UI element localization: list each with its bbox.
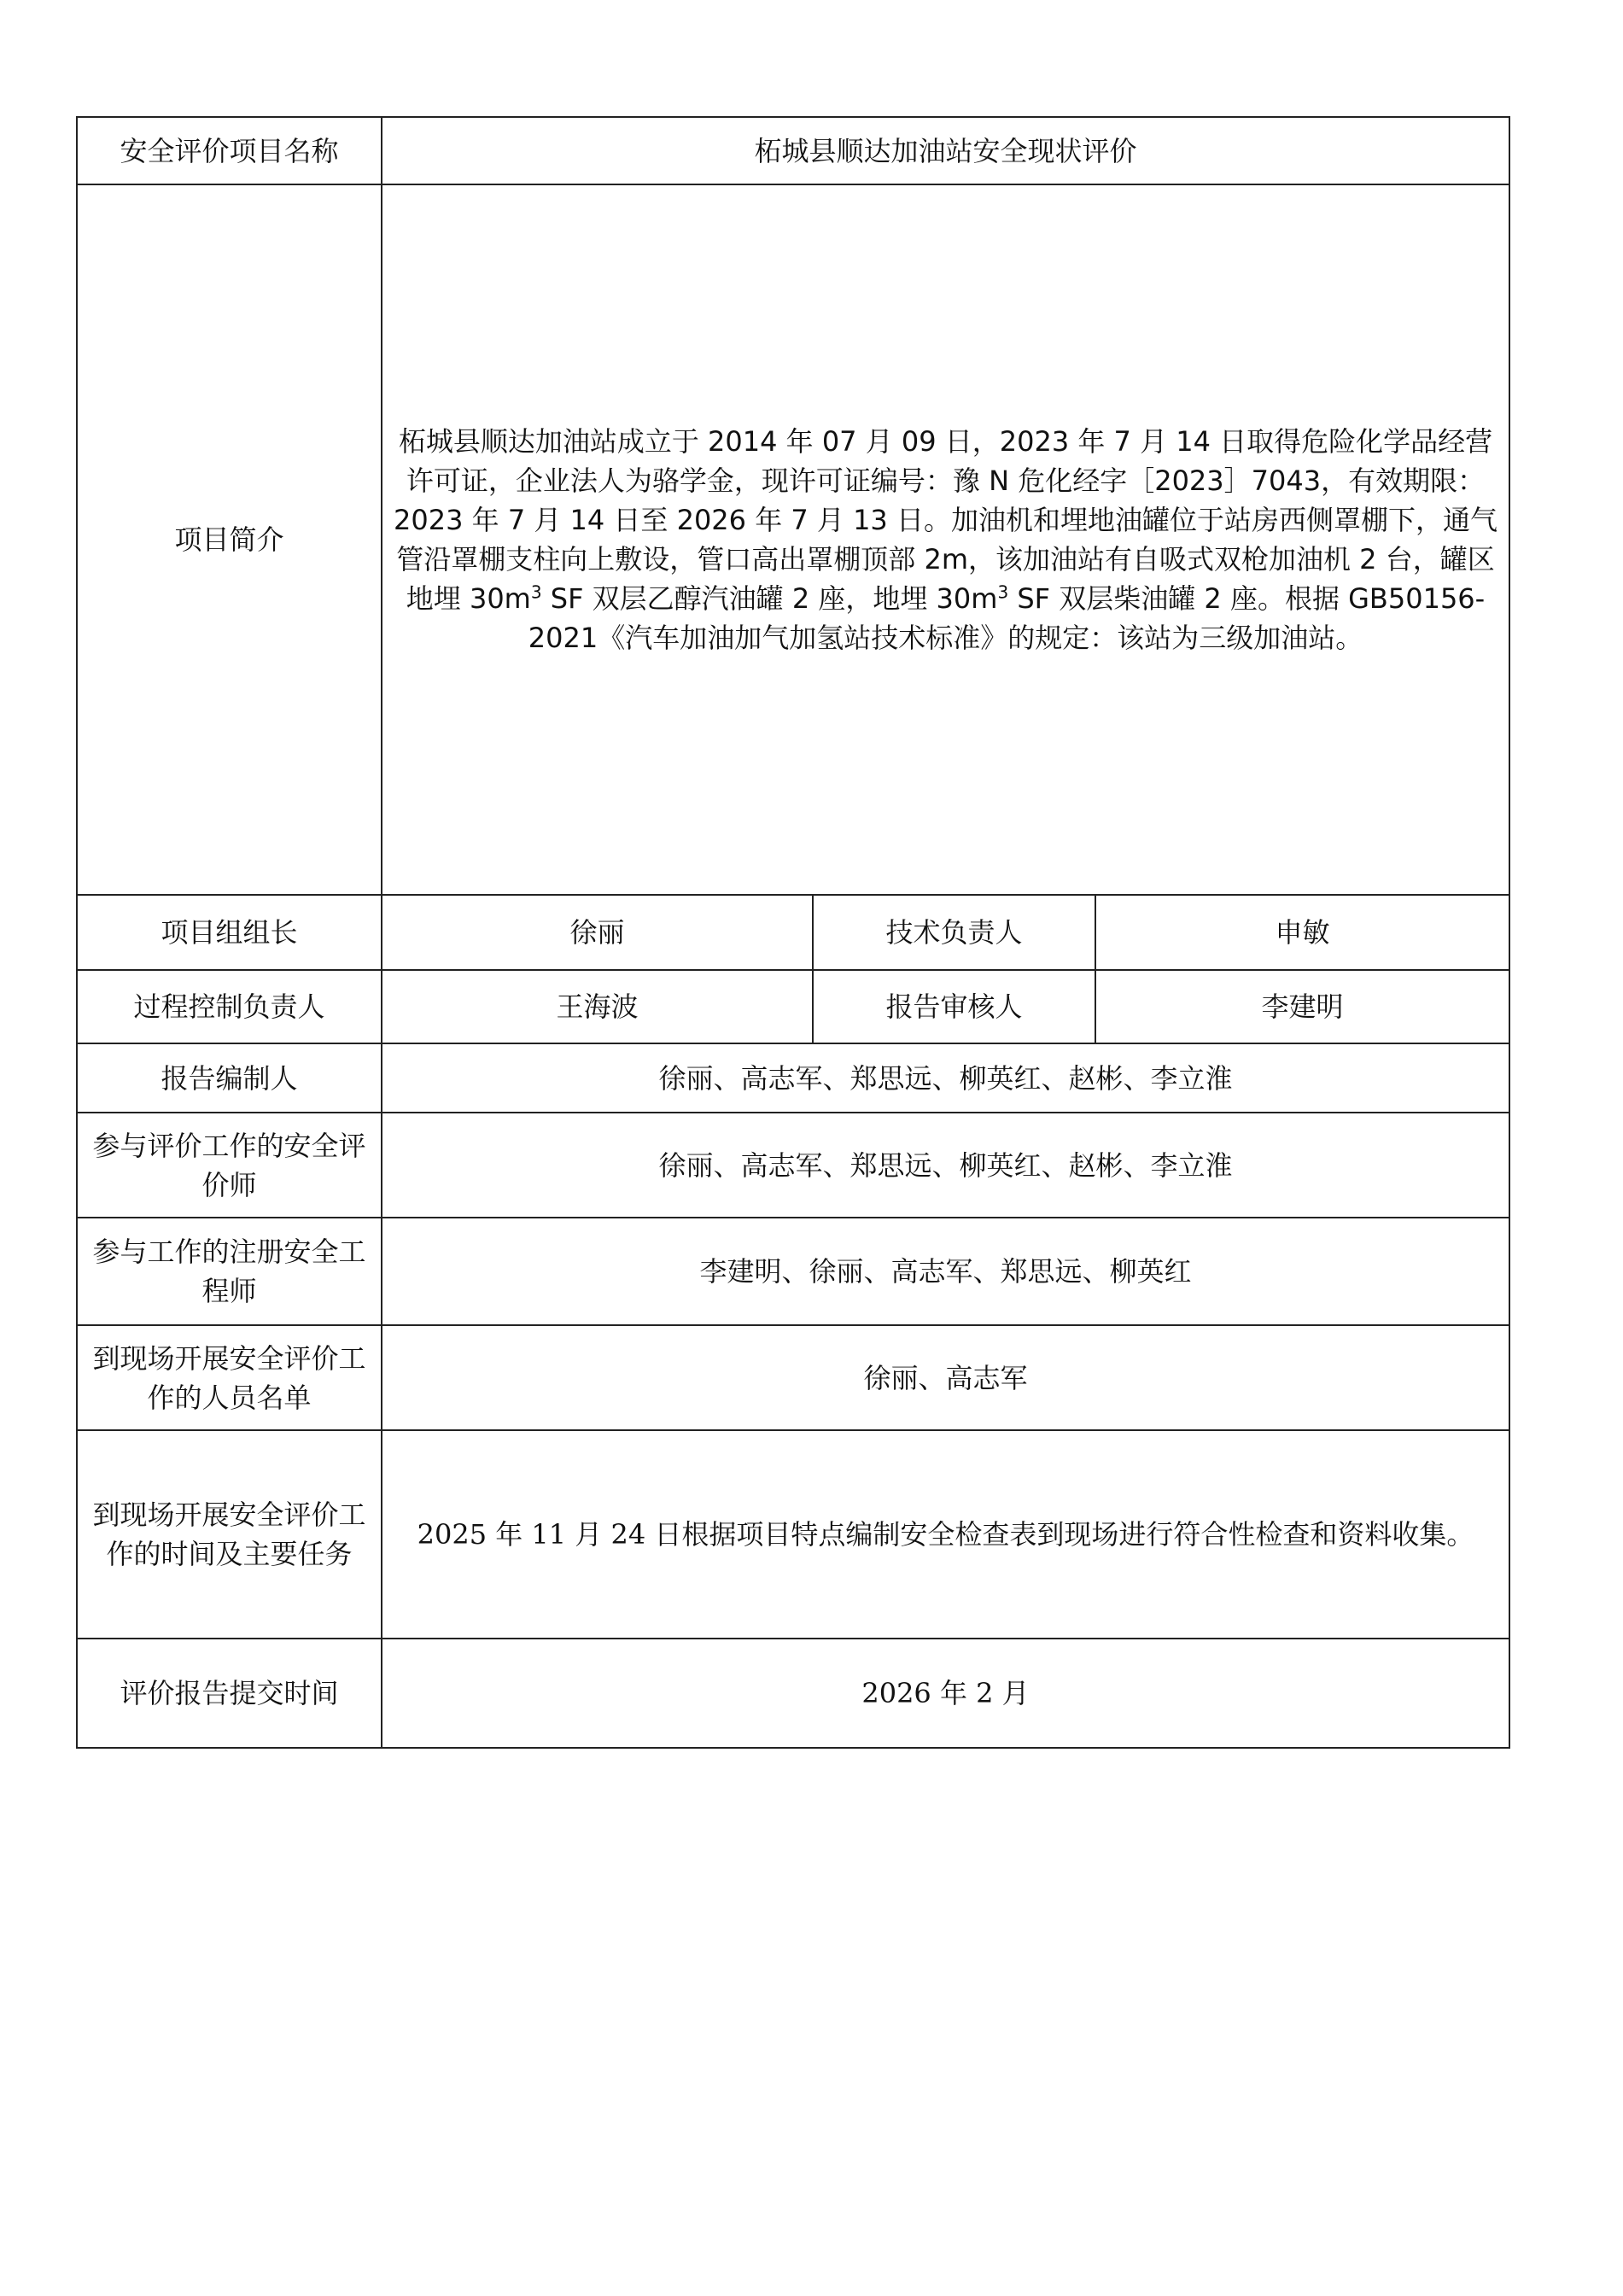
evaluators-value: 徐丽、高志军、郑思远、柳英红、赵彬、李立淮 (382, 1113, 1509, 1218)
onsite-time-label: 到现场开展安全评价工作的时间及主要任务 (77, 1430, 382, 1639)
onsite-staff-label: 到现场开展安全评价工作的人员名单 (77, 1325, 382, 1430)
compilers-value: 徐丽、高志军、郑思远、柳英红、赵彬、李立淮 (382, 1043, 1509, 1113)
row-process-control: 过程控制负责人 王海波 报告审核人 李建明 (77, 970, 1509, 1043)
row-evaluators: 参与评价工作的安全评价师 徐丽、高志军、郑思远、柳英红、赵彬、李立淮 (77, 1113, 1509, 1218)
project-name-label: 安全评价项目名称 (77, 117, 382, 184)
team-leader-label: 项目组组长 (77, 895, 382, 970)
engineers-value: 李建明、徐丽、高志军、郑思远、柳英红 (382, 1218, 1509, 1325)
process-control-label: 过程控制负责人 (77, 970, 382, 1043)
submit-time-value: 2026 年 2 月 (382, 1639, 1509, 1748)
row-team-leader: 项目组组长 徐丽 技术负责人 申敏 (77, 895, 1509, 970)
row-onsite-time: 到现场开展安全评价工作的时间及主要任务 2025 年 11 月 24 日根据项目… (77, 1430, 1509, 1639)
project-name-value: 柘城县顺达加油站安全现状评价 (382, 117, 1509, 184)
project-summary-text: 柘城县顺达加油站成立于 2014 年 07 月 09 日，2023 年 7 月 … (382, 184, 1509, 895)
tech-lead-value: 申敏 (1095, 895, 1509, 970)
engineers-label: 参与工作的注册安全工程师 (77, 1218, 382, 1325)
onsite-staff-value: 徐丽、高志军 (382, 1325, 1509, 1430)
compilers-label: 报告编制人 (77, 1043, 382, 1113)
row-project-summary: 项目简介 柘城县顺达加油站成立于 2014 年 07 月 09 日，2023 年… (77, 184, 1509, 895)
row-engineers: 参与工作的注册安全工程师 李建明、徐丽、高志军、郑思远、柳英红 (77, 1218, 1509, 1325)
process-control-value: 王海波 (382, 970, 813, 1043)
superscript-3: 3 (531, 581, 542, 602)
row-compilers: 报告编制人 徐丽、高志军、郑思远、柳英红、赵彬、李立淮 (77, 1043, 1509, 1113)
reviewer-value: 李建明 (1095, 970, 1509, 1043)
superscript-3: 3 (997, 581, 1008, 602)
row-project-name: 安全评价项目名称 柘城县顺达加油站安全现状评价 (77, 117, 1509, 184)
submit-time-label: 评价报告提交时间 (77, 1639, 382, 1748)
team-leader-value: 徐丽 (382, 895, 813, 970)
evaluators-label: 参与评价工作的安全评价师 (77, 1113, 382, 1218)
onsite-time-value: 2025 年 11 月 24 日根据项目特点编制安全检查表到现场进行符合性检查和… (382, 1430, 1509, 1639)
evaluation-info-table: 安全评价项目名称 柘城县顺达加油站安全现状评价 项目简介 柘城县顺达加油站成立于… (76, 116, 1510, 1749)
row-onsite-staff: 到现场开展安全评价工作的人员名单 徐丽、高志军 (77, 1325, 1509, 1430)
tech-lead-label: 技术负责人 (813, 895, 1095, 970)
summary-text-part: SF 双层乙醇汽油罐 2 座，地埋 30m (542, 582, 998, 615)
project-summary-label: 项目简介 (77, 184, 382, 895)
reviewer-label: 报告审核人 (813, 970, 1095, 1043)
row-submit-time: 评价报告提交时间 2026 年 2 月 (77, 1639, 1509, 1748)
